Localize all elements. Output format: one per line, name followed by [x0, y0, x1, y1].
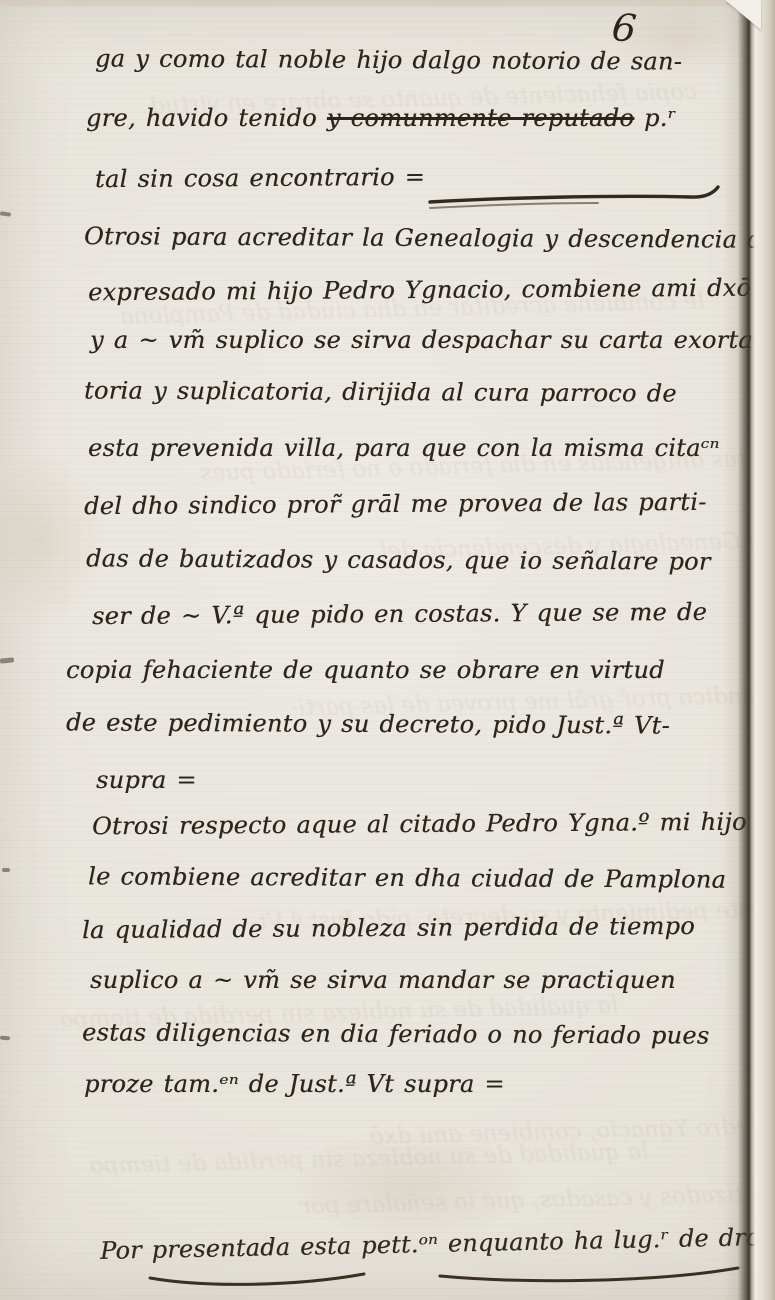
manuscript-line: proze tam.ᵉⁿ de Just.ª Vt supra = — [84, 1072, 505, 1096]
manuscript-line: Otrosi respecto aque al citado Pedro Ygn… — [92, 810, 747, 839]
manuscript-line: supra = — [96, 768, 197, 792]
manuscript-line: estas diligencias en dia feriado o no fe… — [82, 1020, 710, 1047]
manuscript-line: del dho sindico pror̃ grāl me provea de … — [84, 490, 707, 518]
pen-strike-flourish — [428, 178, 728, 212]
ink-speck — [0, 211, 11, 216]
crossed-out-text: y comunmente reputado — [327, 104, 634, 132]
manuscript-line: expresado mi hijo Pedro Ygnacio, combien… — [88, 276, 751, 305]
decree-line: Por presentada esta pett.ᵒⁿ enquanto ha … — [100, 1225, 761, 1263]
manuscript-line: suplico a ~ vm̃ se sirva mandar se pract… — [90, 968, 676, 992]
line-segment: p.ʳ — [634, 104, 676, 132]
manuscript-line: esta prevenida villa, para que con la mi… — [88, 436, 720, 460]
manuscript-line: le combiene acreditar en dha ciudad de P… — [88, 864, 726, 891]
bleed-through-ghost: das de bautizados y casados, que io seña… — [300, 1181, 775, 1219]
ink-speck — [0, 1036, 10, 1041]
manuscript-line: toria y suplicatoria, dirijida al cura p… — [84, 378, 677, 405]
manuscript-line: das de bautizados y casados, que io seña… — [86, 546, 711, 573]
underline-flourish — [148, 1268, 368, 1294]
bleed-through-ghost: la qualidad de su nobleza sin perdida de… — [90, 1141, 649, 1179]
manuscript-line: la qualidad de su nobleza sin perdida de… — [82, 914, 695, 942]
ink-speck — [0, 657, 14, 663]
book-gutter — [723, 0, 775, 1300]
manuscript-line: ga y como tal noble hijo dalgo notorio d… — [95, 46, 682, 73]
folio-number: 6 — [610, 5, 639, 51]
manuscript-line: ser de ~ V.ª que pido en costas. Y que s… — [92, 600, 707, 628]
manuscript-line: copia fehaciente de quanto se obrare en … — [66, 658, 665, 682]
underline-flourish — [438, 1262, 748, 1290]
manuscript-line: Otrosi para acreditar la Genealogia y de… — [84, 224, 775, 252]
scan-top-edge — [0, 0, 775, 6]
line-segment: gre, havido tenido — [86, 104, 327, 132]
manuscript-line: de este pedimiento y su decreto, pido Ju… — [66, 710, 670, 737]
ink-speck — [2, 868, 10, 872]
manuscript-line: tal sin cosa encontrario = — [95, 165, 425, 191]
manuscript-line: y a ~ vm̃ suplico se sirva despachar su … — [90, 328, 761, 352]
page-corner-fold — [725, 0, 761, 30]
manuscript-page: copia fehaciente de quanto se obrare en … — [0, 0, 775, 1300]
manuscript-line: gre, havido tenido y comunmente reputado… — [86, 106, 676, 130]
